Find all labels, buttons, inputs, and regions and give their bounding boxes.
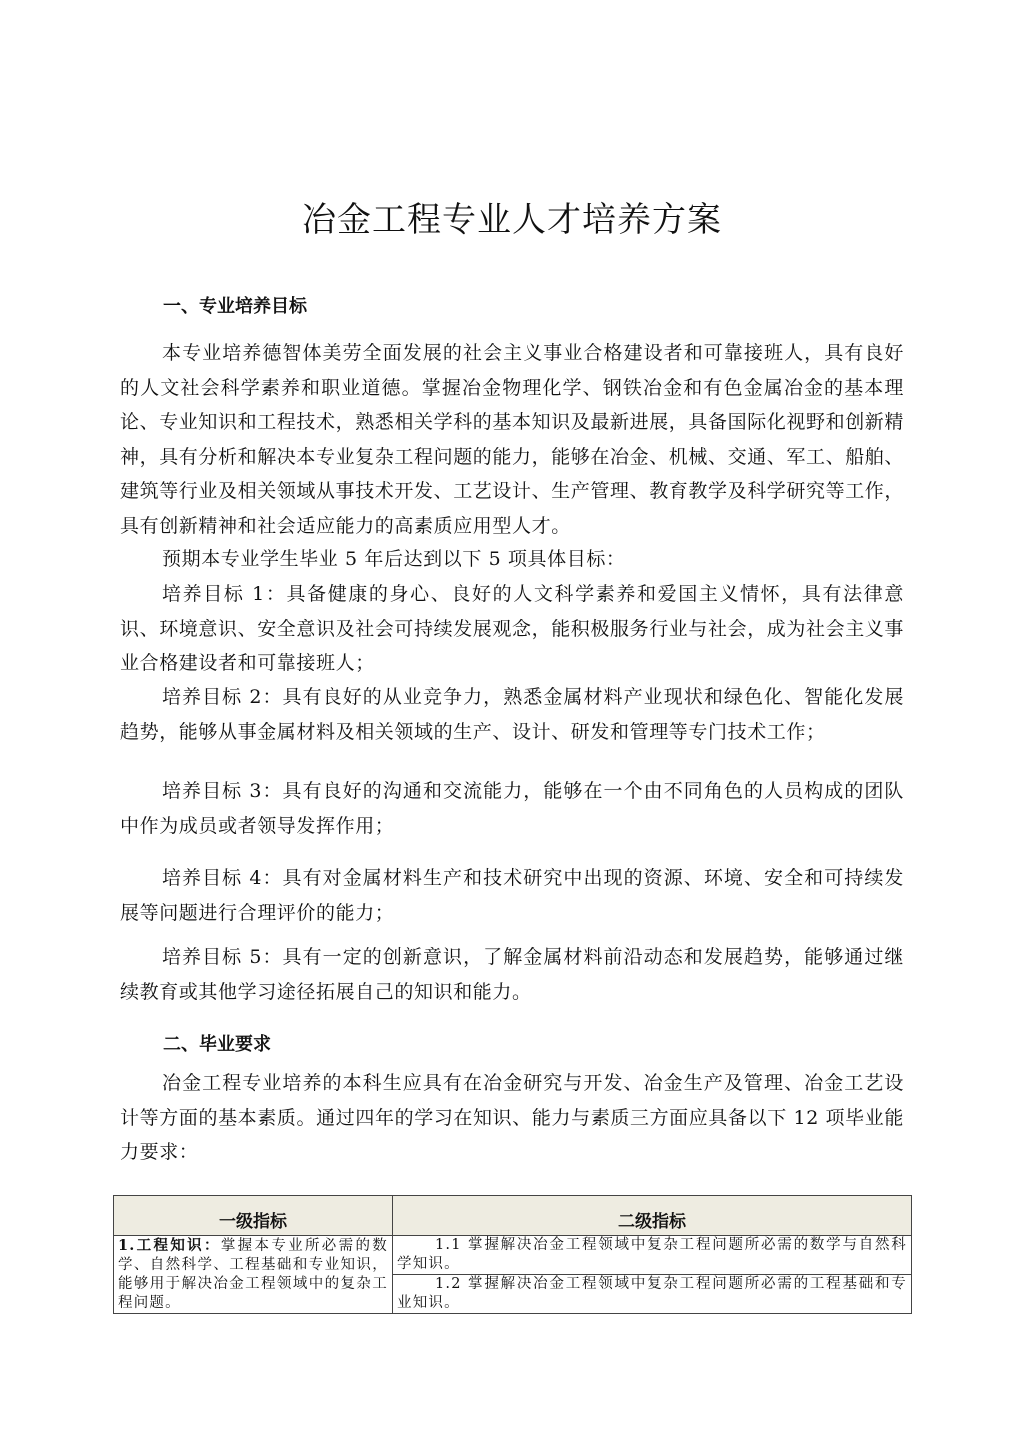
document-page: 冶金工程专业人才培养方案 一、专业培养目标 本专业培养德智体美劳全面发展的社会主… [0,0,1024,1448]
level2-cell-1-2: 1.2 掌握解决冶金工程领域中复杂工程问题所必需的工程基础和专业知识。 [393,1275,912,1314]
section-heading-graduation-requirements: 二、毕业要求 [163,1030,271,1056]
goal-2: 培养目标 2：具有良好的从业竞争力，熟悉金属材料产业现状和绿色化、智能化发展趋势… [120,680,904,749]
header-level2: 二级指标 [393,1196,912,1236]
table-header-row: 一级指标 二级指标 [114,1196,912,1236]
graduation-requirements-intro: 冶金工程专业培养的本科生应具有在冶金研究与开发、冶金生产及管理、冶金工艺设计等方… [120,1066,904,1170]
header-level1: 一级指标 [114,1196,393,1236]
graduation-requirements-table: 一级指标 二级指标 1.工程知识：掌握本专业所必需的数学、自然科学、工程基础和专… [113,1195,912,1314]
goal-1: 培养目标 1：具备健康的身心、良好的人文科学素养和爱国主义情怀，具有法律意识、环… [120,577,904,681]
section-heading-training-goals: 一、专业培养目标 [163,292,307,318]
level2-cell-1-1: 1.1 掌握解决冶金工程领域中复杂工程问题所必需的数学与自然科学知识。 [393,1236,912,1275]
goal-5: 培养目标 5：具有一定的创新意识，了解金属材料前沿动态和发展趋势，能够通过继续教… [120,940,904,1009]
goal-4: 培养目标 4：具有对金属材料生产和技术研究中出现的资源、环境、安全和可持续发展等… [120,861,904,930]
goal-3: 培养目标 3：具有良好的沟通和交流能力，能够在一个由不同角色的人员构成的团队中作… [120,774,904,843]
level1-lead: 1.工程知识： [118,1237,221,1254]
training-goals-intro: 本专业培养德智体美劳全面发展的社会主义事业合格建设者和可靠接班人，具有良好的人文… [120,336,904,543]
level1-cell-engineering-knowledge: 1.工程知识：掌握本专业所必需的数学、自然科学、工程基础和专业知识，能够用于解决… [114,1236,393,1314]
document-title: 冶金工程专业人才培养方案 [0,192,1024,241]
table-row: 1.工程知识：掌握本专业所必需的数学、自然科学、工程基础和专业知识，能够用于解决… [114,1236,912,1275]
expectation-statement: 预期本专业学生毕业 5 年后达到以下 5 项具体目标： [120,542,904,577]
